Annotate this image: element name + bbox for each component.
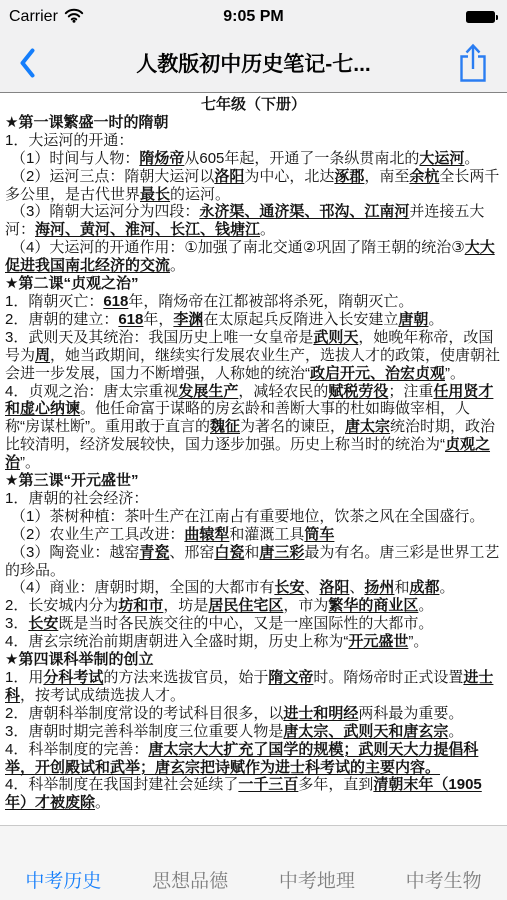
text-run: 2．唐朝的建立： [5,311,118,328]
key-term: 居民住宅区 [208,597,283,614]
key-term: 筒车 [304,526,334,543]
key-term: 繁华的商业区 [328,597,418,614]
text-run: 2．长安城内分为 [5,597,118,614]
page-title: 人教版初中历史笔记-七... [60,48,447,78]
key-term: 唐朝 [398,311,428,328]
nav-bar: 人教版初中历史笔记-七... [0,34,507,92]
key-term: 隋炀帝 [139,150,184,167]
paragraph: 4．科举制度在我国封建社会延续了一千三百多年，直到清朝末年（1905年）才被废除… [5,776,502,812]
paragraph: （2）运河三点：隋朝大运河以洛阳为中心，北达涿郡，南至余杭全长两千多公里，是古代… [5,168,502,204]
key-term: 发展生产 [178,383,238,400]
carrier-group: Carrier [9,7,84,28]
key-term: 涿郡 [334,168,364,185]
key-term: 魏征 [210,418,240,435]
key-term: 洛阳 [319,579,349,596]
text-run: ★第四课科举制的创立 [5,651,153,668]
tab-label: 中考历史 [25,866,101,893]
paragraph: 3．武则天及其统治：我国历史上唯一女皇帝是武则天，她晚年称帝，改国号为周，她当政… [5,329,502,383]
text-run: ”。 [445,365,465,382]
text-run: （4）商业：唐朝时期，全国的大都市有 [11,579,274,596]
key-term: 白瓷 [214,544,244,561]
tab-item-2[interactable]: 思想品德 [127,826,254,900]
text-run: （2）运河三点：隋朝大运河以 [11,168,214,185]
doc-title: 七年级（下册） [5,96,502,114]
key-term: 进士和明经 [283,705,358,722]
text-run: 、邢窑 [169,544,214,561]
text-run: 4．贞观之治：唐太宗重视 [5,383,178,400]
section-heading: ★第一课繁盛一时的隋朝 [5,114,502,132]
text-run: 既是当时各民族交往的中心，又是一座国际性的大都市。 [58,615,433,632]
text-run: 为中心，北达 [244,168,334,185]
key-term: 永济渠、通济渠、邗沟、江南河 [199,203,409,220]
key-term: 青瓷 [139,544,169,561]
text-run: 和 [244,544,259,561]
text-run: （2）农业生产工具改进： [11,526,184,543]
key-term: 一千三百 [238,776,298,793]
key-term: 扬州 [364,579,394,596]
text-run: ，南至 [364,168,409,185]
section-heading: ★第二课“贞观之治” [5,275,502,293]
tab-label: 中考地理 [279,866,355,893]
text-run: 从605年起，开通了一条纵贯南北的 [184,150,419,167]
status-bar: Carrier 9:05 PM [0,0,507,34]
key-term: 长安 [28,615,58,632]
text-run: 1．唐朝的社会经济： [5,490,148,507]
key-term: 隋文帝 [268,669,313,686]
key-term: 李渊 [173,311,203,328]
key-term: 开元盛世 [348,633,408,650]
key-term: 最长 [140,186,170,203]
paragraph: （4）商业：唐朝时期，全国的大都市有长安、洛阳、扬州和成都。 [5,579,502,597]
section-heading: ★第三课“开元盛世” [5,472,502,490]
key-term: 曲辕犁 [184,526,229,543]
text-run: 。 [448,723,463,740]
share-button[interactable] [453,43,493,85]
text-run: 。 [439,579,454,596]
text-run: 七年级（下册） [201,96,306,113]
key-term: 赋税劳役 [328,383,388,400]
key-term: 余杭 [409,168,439,185]
text-run: 3．武则天及其统治：我国历史上唯一女皇帝是 [5,329,313,346]
notes-content[interactable]: 七年级（下册）★第一课繁盛一时的隋朝1．大运河的开通：（1）时间与人物：隋炀帝从… [0,94,507,825]
text-run: ★第一课繁盛一时的隋朝 [5,114,168,131]
text-run: 3．唐朝时期完善科举制度三位重要人物是 [5,723,283,740]
paragraph: （4）大运河的开通作用：①加强了南北交通②巩固了隋王朝的统治③大大促进我国南北经… [5,239,502,275]
battery-icon [466,11,498,23]
text-run: 、 [349,579,364,596]
text-run: ★第三课“开元盛世” [5,472,138,489]
carrier-label: Carrier [9,8,58,26]
key-term: 唐太宗 [345,418,390,435]
paragraph: 1．大运河的开通： [5,132,502,150]
text-run: 3． [5,615,28,632]
chevron-left-icon [19,48,35,81]
tab-label: 思想品德 [152,866,228,893]
text-run: 和 [394,579,409,596]
text-run: 和灌溉工具 [229,526,304,543]
tab-bar: 中考历史思想品德中考地理中考生物 [0,825,507,900]
text-run: 。 [418,597,433,614]
back-button[interactable] [10,48,44,80]
text-run: 的方法来选拔官员，始于 [103,669,268,686]
key-term: 坊和市 [118,597,163,614]
text-run: 的运河。 [170,186,230,203]
key-term: 政启开元、治宏贞观 [310,365,445,382]
key-term: 618 [118,311,143,328]
text-run: ”。 [408,633,428,650]
paragraph: （1）茶树种植：茶叶生产在江南占有重要地位，饮茶之风在全国盛行。 [5,508,502,526]
text-run: 。 [260,221,275,238]
text-run: （3）陶瓷业：越窑 [11,544,139,561]
text-run: ”。 [20,454,40,471]
text-run: ，减轻农民的 [238,383,328,400]
paragraph: 2．唐朝的建立：618年，李渊在太原起兵反隋进入长安建立唐朝。 [5,311,502,329]
tab-item-4[interactable]: 中考生物 [380,826,507,900]
text-run: （3）隋朝大运河分为四段： [11,203,199,220]
key-term: 唐三彩 [259,544,304,561]
paragraph: 2．唐朝科举制度常设的考试科目很多，以进士和明经两科最为重要。 [5,705,502,723]
key-term: 海河、黄河、淮河、长江、钱塘江 [35,221,260,238]
tab-item-3[interactable]: 中考地理 [254,826,381,900]
paragraph: （2）农业生产工具改进：曲辕犁和灌溉工具筒车 [5,526,502,544]
text-run: 1．隋朝灭亡： [5,293,103,310]
text-run: ，市为 [283,597,328,614]
text-run: ，按考试成绩选拔人才。 [20,687,185,704]
paragraph: 4．贞观之治：唐太宗重视发展生产，减轻农民的赋税劳役；注重任用贤才和虚心纳谏。他… [5,383,502,473]
key-term: 618 [103,293,128,310]
top-chrome: Carrier 9:05 PM [0,0,507,93]
text-run: 。 [95,794,110,811]
paragraph: 3．唐朝时期完善科举制度三位重要人物是唐太宗、武则天和唐玄宗。 [5,723,502,741]
text-run: ★第二课“贞观之治” [5,275,138,292]
paragraph: （3）隋朝大运河分为四段：永济渠、通济渠、邗沟、江南河并连接五大河：海河、黄河、… [5,203,502,239]
wifi-icon [64,7,84,28]
paragraph: 3．长安既是当时各民族交往的中心，又是一座国际性的大都市。 [5,615,502,633]
paragraph: （3）陶瓷业：越窑青瓷、邢窑白瓷和唐三彩最为有名。唐三彩是世界工艺的珍品。 [5,544,502,580]
text-run: 。 [428,311,443,328]
text-run: （1）茶树种植：茶叶生产在江南占有重要地位，饮茶之风在全国盛行。 [11,508,484,525]
text-run: ；注重 [388,383,433,400]
text-run: （4）大运河的开通作用：①加强了南北交通②巩固了隋王朝的统治③ [11,239,465,256]
text-run: 1．用 [5,669,43,686]
text-run: （1）时间与人物： [11,150,139,167]
text-run: 为著名的谏臣， [240,418,345,435]
text-run: 两科最为重要。 [358,705,463,722]
text-run: 2．唐朝科举制度常设的考试科目很多，以 [5,705,283,722]
text-run: 年，隋炀帝在江都被部将杀死，隋朝灭亡。 [128,293,413,310]
key-term: 大运河 [419,150,464,167]
text-run: 4．科举制度的完善： [5,741,148,758]
text-run: 多年，直到 [298,776,373,793]
text-run: 4．科举制度在我国封建社会延续了 [5,776,238,793]
paragraph: 1．用分科考试的方法来选拔官员，始于隋文帝时。隋炀帝时正式设置进士科，按考试成绩… [5,669,502,705]
paragraph: 4．唐玄宗统治前期唐朝进入全盛时期，历史上称为“开元盛世”。 [5,633,502,651]
text-run: 1．大运河的开通： [5,132,133,149]
app-screen: Carrier 9:05 PM [0,0,507,900]
paragraph: （1）时间与人物：隋炀帝从605年起，开通了一条纵贯南北的大运河。 [5,150,502,168]
section-heading: ★第四课科举制的创立 [5,651,502,669]
text-run: 。 [464,150,479,167]
tab-item-1[interactable]: 中考历史 [0,826,127,900]
paragraph: 1．隋朝灭亡：618年，隋炀帝在江都被部将杀死，隋朝灭亡。 [5,293,502,311]
text-run: 年， [143,311,173,328]
key-term: 周 [35,347,50,364]
key-term: 分科考试 [43,669,103,686]
key-term: 武则天 [313,329,358,346]
share-icon [457,43,489,86]
text-run: 。 [170,257,185,274]
text-run: 在太原起兵反隋进入长安建立 [203,311,398,328]
key-term: 成都 [409,579,439,596]
text-run: 、 [304,579,319,596]
paragraph: 1．唐朝的社会经济： [5,490,502,508]
key-term: 长安 [274,579,304,596]
key-term: 唐太宗、武则天和唐玄宗 [283,723,448,740]
text-run: 4．唐玄宗统治前期唐朝进入全盛时期，历史上称为“ [5,633,348,650]
paragraph: 4．科举制度的完善：唐太宗大大扩充了国学的规模；武则天大力提倡科举，开创殿试和武… [5,741,502,777]
key-term: 洛阳 [214,168,244,185]
text-run: 时。隋炀帝时正式设置 [313,669,463,686]
paragraph: 2．长安城内分为坊和市，坊是居民住宅区，市为繁华的商业区。 [5,597,502,615]
tab-label: 中考生物 [406,866,482,893]
text-run: ，坊是 [163,597,208,614]
